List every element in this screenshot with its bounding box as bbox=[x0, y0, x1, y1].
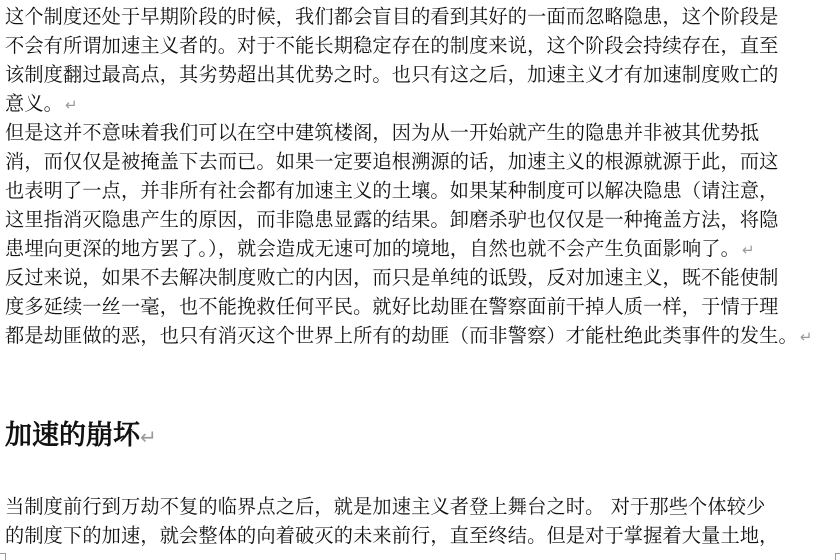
text-span: 意义。 bbox=[5, 92, 63, 115]
text-line: 度多延续一丝一毫，也不能挽救任何平民。就好比劫匪在警察面前干掉人质一样，于情于理 bbox=[5, 292, 840, 321]
text-line: 这个制度还处于早期阶段的时候，我们都会盲目的看到其好的一面而忽略隐患，这个阶段是 bbox=[5, 2, 840, 31]
text-line: 当制度前行到万劫不复的临界点之后，就是加速主义者登上舞台之时。 对于那些个体较少 bbox=[5, 492, 779, 521]
text-line: 但是这并不意味着我们可以在空中建筑楼阁，因为从一开始就产生的隐患并非被其优势抵 bbox=[5, 118, 840, 147]
paragraph-mark-icon: ↵ bbox=[742, 241, 755, 259]
paragraph-1: 这个制度还处于早期阶段的时候，我们都会盲目的看到其好的一面而忽略隐患，这个阶段是… bbox=[5, 2, 840, 118]
text-span: 患埋向更深的地方罢了。），就会造成无速可加的境地，自然也就不会产生负面影响了。 bbox=[5, 237, 740, 260]
text-line: 的制度下的加速，就会整体的向着破灭的未来前行，直至终结。但是对于掌握着大量土地， bbox=[5, 521, 779, 550]
text-line: 不会有所谓加速主义者的。对于不能长期稳定存在的制度来说，这个阶段会持续存在，直至 bbox=[5, 31, 840, 60]
section-heading: 加速的崩坏↵ bbox=[5, 414, 157, 458]
page-corner-mark-right bbox=[835, 553, 840, 560]
text-line: 反过来说，如果不去解决制度败亡的内因，而只是单纯的诋毁，反对加速主义，既不能使制 bbox=[5, 263, 840, 292]
text-line: 这里指消灭隐患产生的原因，而非隐患显露的结果。卸磨杀驴也仅仅是一种掩盖方法，将隐 bbox=[5, 205, 840, 234]
text-line-end: 都是劫匪做的恶，也只有消灭这个世界上所有的劫匪（而非警察）才能杜绝此类事件的发生… bbox=[5, 321, 840, 350]
section-2-body: 当制度前行到万劫不复的临界点之后，就是加速主义者登上舞台之时。 对于那些个体较少… bbox=[5, 492, 779, 550]
document-body: 这个制度还处于早期阶段的时候，我们都会盲目的看到其好的一面而忽略隐患，这个阶段是… bbox=[5, 2, 840, 350]
text-line: 消，而仅仅是被掩盖下去而已。如果一定要追根溯源的话，加速主义的根源就源于此，而这 bbox=[5, 147, 840, 176]
paragraph-mark-icon: ↵ bbox=[800, 328, 813, 346]
paragraph-3: 反过来说，如果不去解决制度败亡的内因，而只是单纯的诋毁，反对加速主义，既不能使制… bbox=[5, 263, 840, 350]
heading-text: 加速的崩坏 bbox=[5, 420, 140, 451]
paragraph-2: 但是这并不意味着我们可以在空中建筑楼阁，因为从一开始就产生的隐患并非被其优势抵 … bbox=[5, 118, 840, 263]
text-line-end: 意义。↵ bbox=[5, 89, 840, 118]
paragraph-mark-icon: ↵ bbox=[65, 96, 78, 114]
paragraph-mark-icon: ↵ bbox=[140, 425, 157, 449]
page-corner-mark-left bbox=[0, 553, 6, 560]
text-span: 都是劫匪做的恶，也只有消灭这个世界上所有的劫匪（而非警察）才能杜绝此类事件的发生… bbox=[5, 324, 798, 347]
text-line: 也表明了一点，并非所有社会都有加速主义的土壤。如果某种制度可以解决隐患（请注意， bbox=[5, 176, 840, 205]
text-line: 该制度翻过最高点，其劣势超出其优势之时。也只有这之后，加速主义才有加速制度败亡的 bbox=[5, 60, 840, 89]
text-line-end: 患埋向更深的地方罢了。），就会造成无速可加的境地，自然也就不会产生负面影响了。↵ bbox=[5, 234, 840, 263]
